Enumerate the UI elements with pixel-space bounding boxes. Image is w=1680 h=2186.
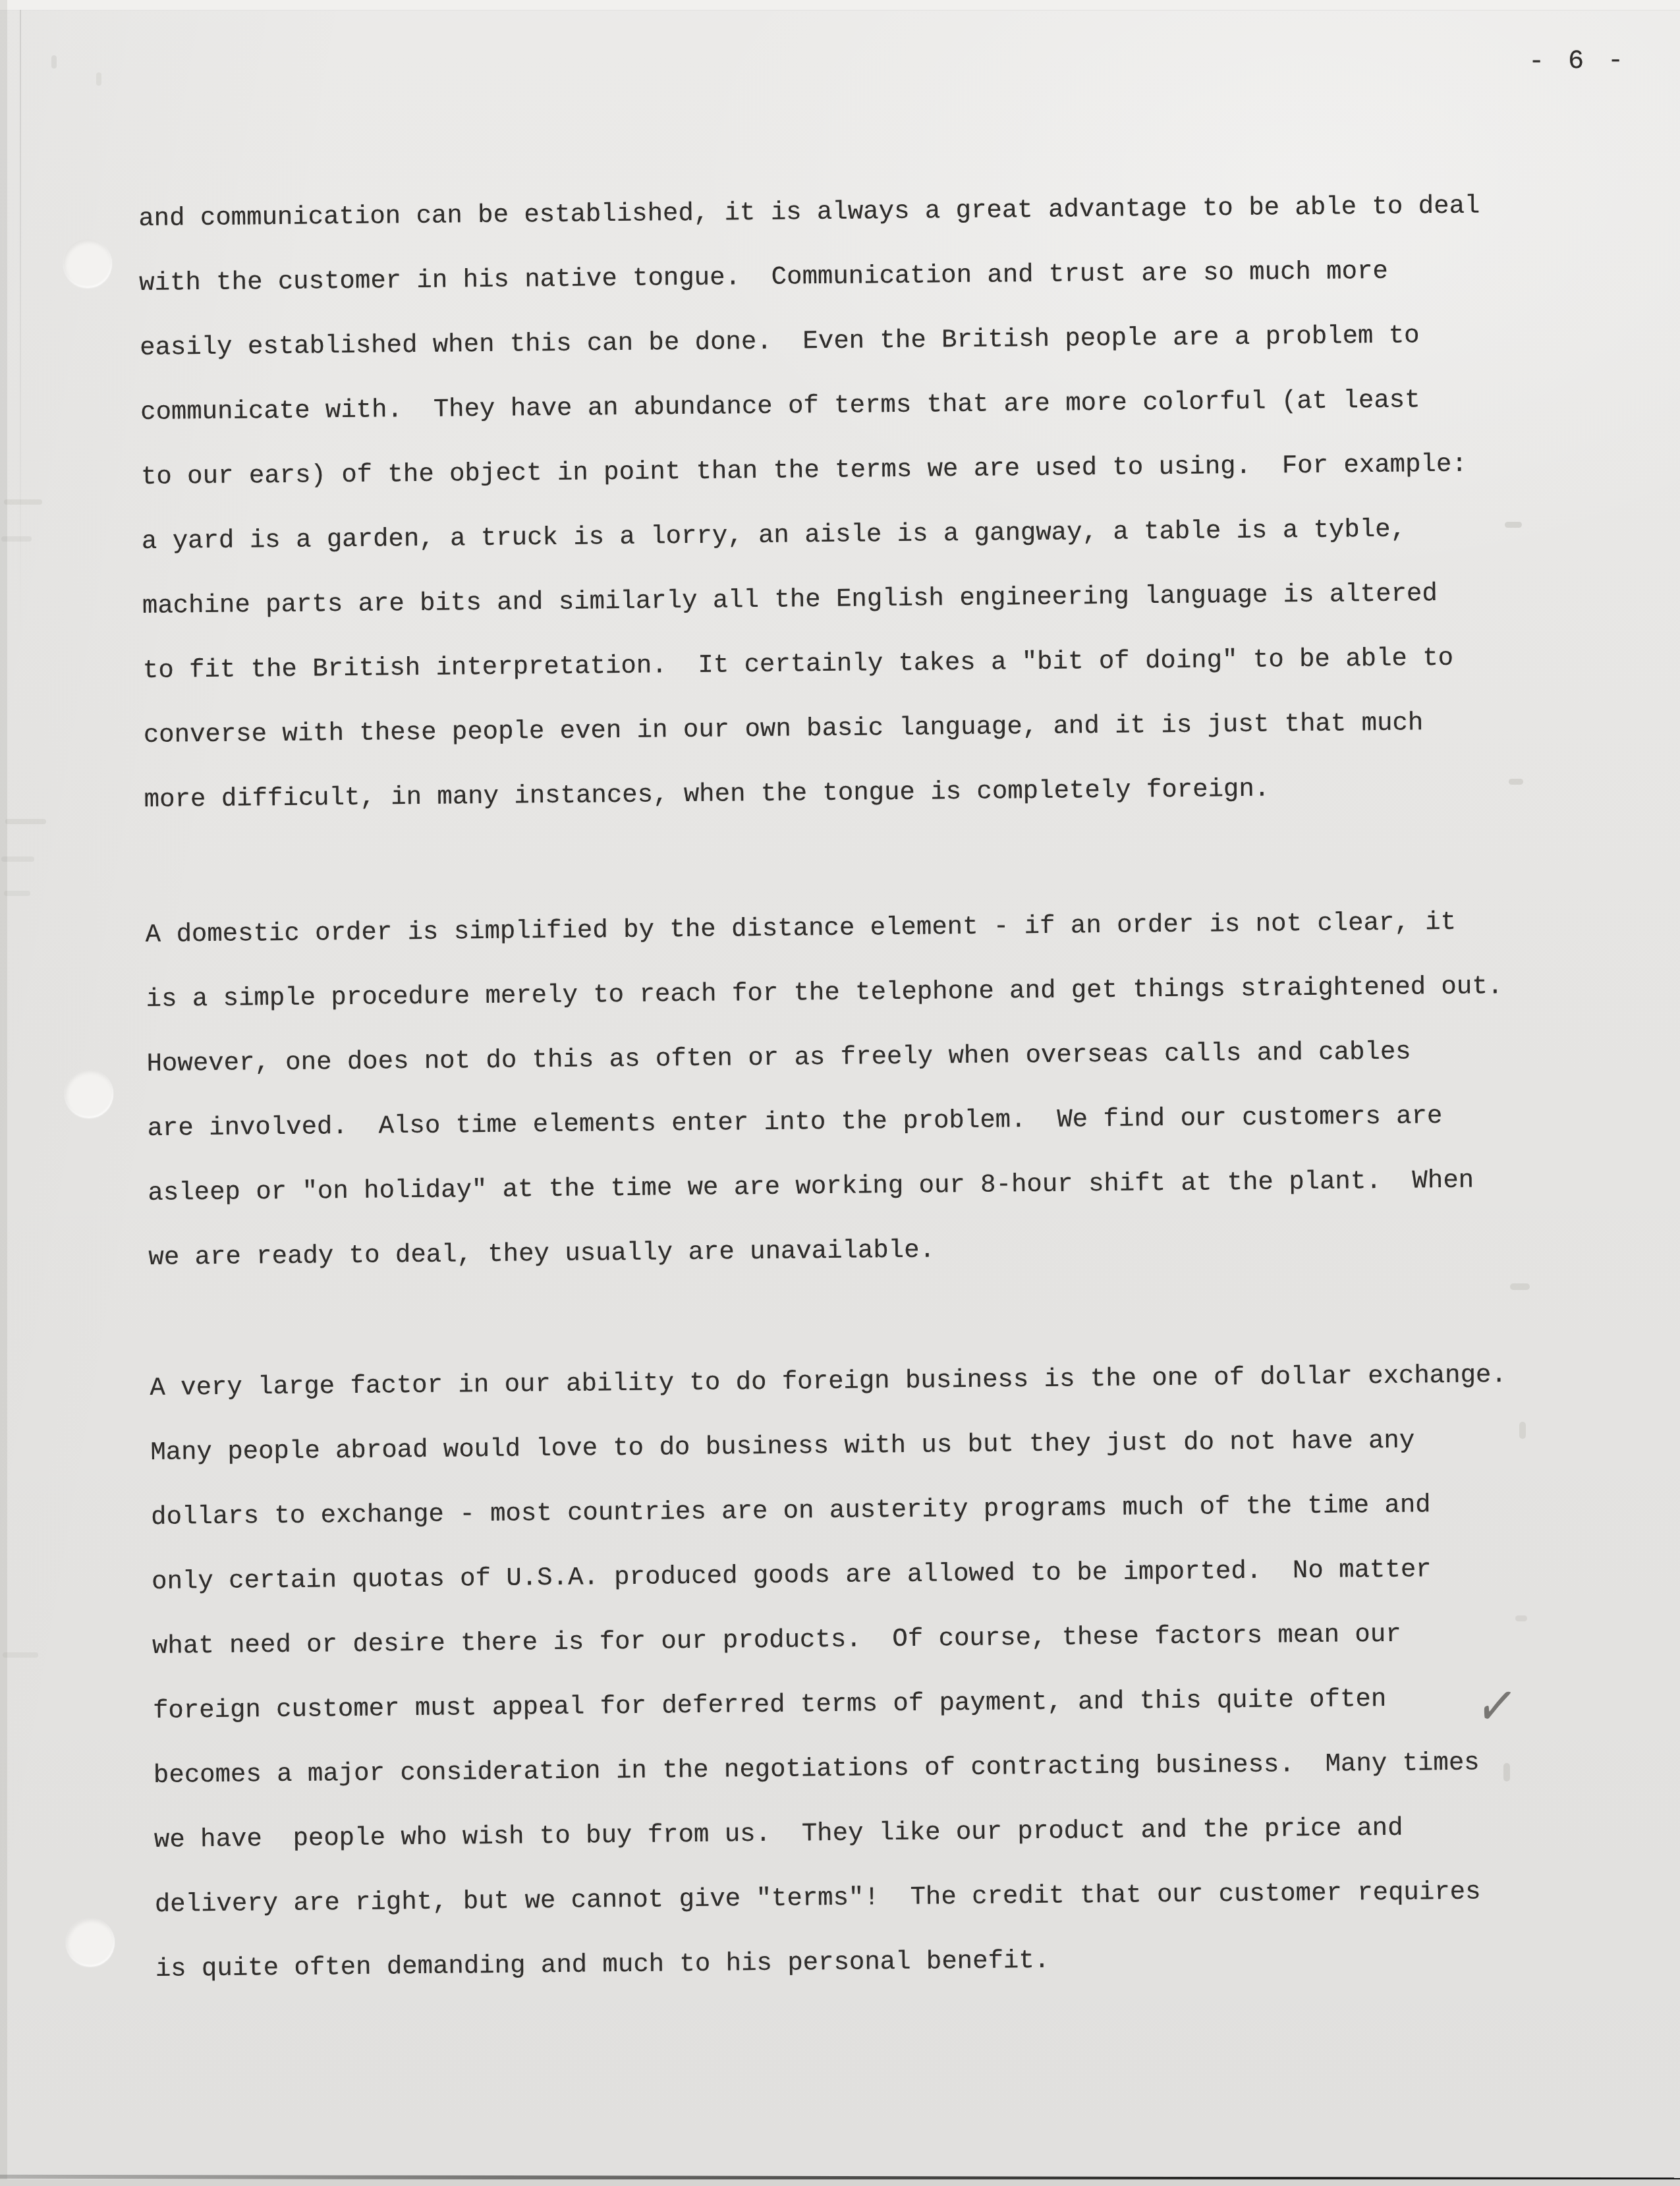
page-number: - 6 - (1528, 46, 1627, 76)
scan-edge-bottom-strip (0, 2179, 1680, 2186)
paragraph-dollar-exchange: A very large factor in our ability to do… (150, 1341, 1631, 2001)
paragraph-domestic-orders: A domestic order is simplified by the di… (145, 888, 1625, 1289)
paragraph-languages: and communication can be established, it… (138, 172, 1620, 831)
scanned-document-page: - 6 - and communication can be establish… (0, 0, 1680, 2186)
typewritten-text-layer: - 6 - and communication can be establish… (0, 0, 1680, 2186)
